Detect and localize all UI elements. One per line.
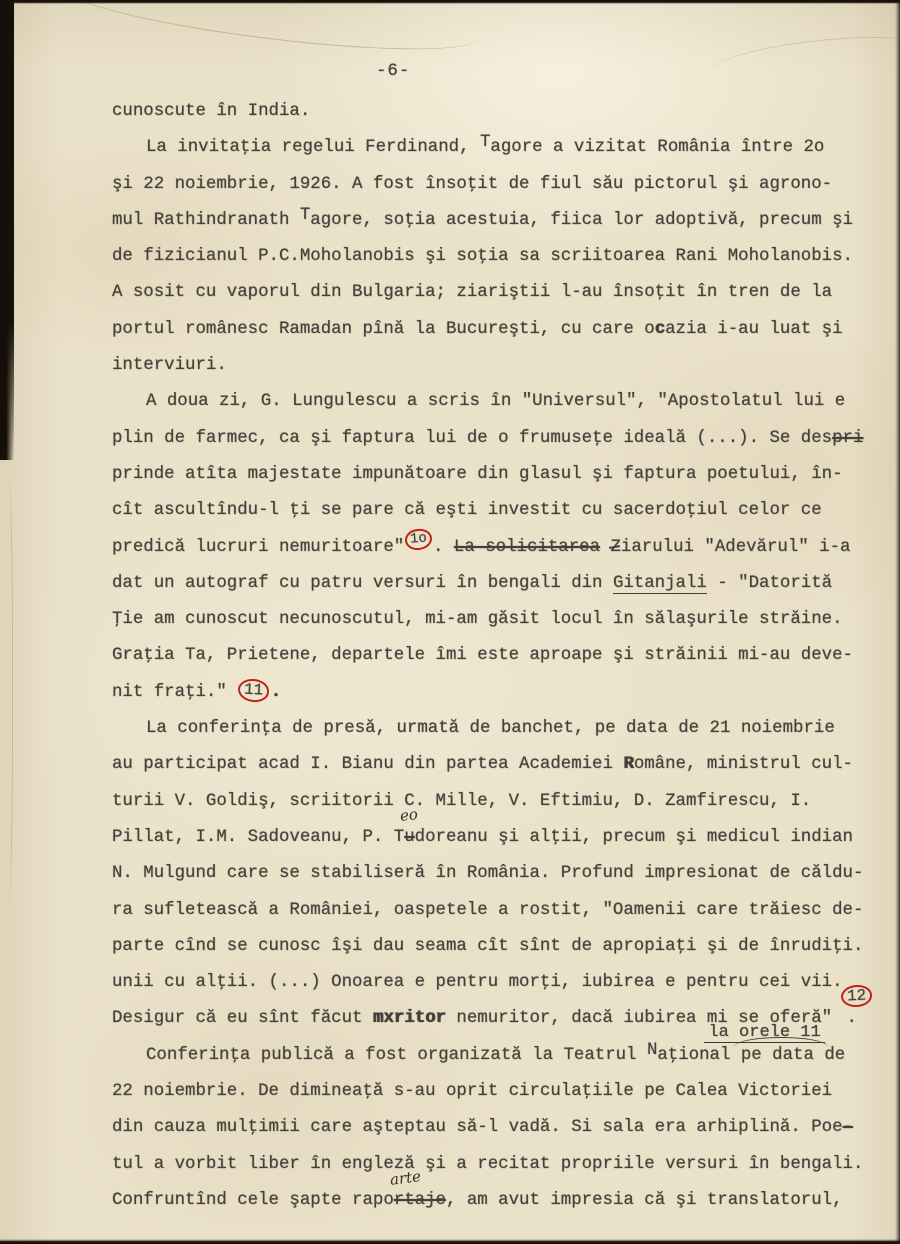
red-circled-footnote-10: 1o (405, 528, 433, 551)
text-segment: iarului "Adevărul" i-a (621, 538, 851, 557)
struck-text: - (843, 1118, 853, 1137)
typed-line-4: mul Rathindranath Tagore, soţia acestuia… (112, 203, 898, 239)
handwritten-correction-eo: eo (399, 807, 419, 824)
typed-line-18: La conferinţa de presă, urmată de banche… (112, 711, 898, 747)
overtyped-text: mxritor (373, 1009, 446, 1028)
text-segment: cunoscute în India. (112, 102, 310, 121)
typed-line-29: din cauza mulţimii care aşteptau să-l va… (112, 1110, 898, 1146)
typed-line-11: prinde atîta majestate impunătoare din g… (112, 457, 898, 493)
typed-line-1: cunoscute în India. (112, 94, 898, 130)
scan-edge-right (895, 0, 900, 1244)
typed-line-5: de fizicianul P.C.Moholanobis şi soţia s… (112, 239, 898, 275)
text-segment: omâne, ministrul cul- (634, 755, 853, 774)
typed-line-15: Ţie am cunoscut necunoscutul, mi-am găsi… (112, 602, 898, 638)
text-segment: - "Datorită (707, 574, 832, 593)
text-segment: au participat acad I. Bianu din partea A… (112, 755, 623, 774)
typed-line-31: Confruntînd cele şapte raportajearte, am… (112, 1183, 898, 1219)
text-segment: ra sufletească a României, oaspetele a r… (112, 901, 863, 920)
text-segment: turii V. Goldiş, scriitorii C. Mille, V.… (112, 792, 811, 811)
text-segment: A sosit cu vaporul din Bulgaria; ziarişt… (112, 283, 832, 302)
typed-line-16: Graţia Ta, Prietene, departele îmi este … (112, 638, 898, 674)
typed-line-24: parte cînd se cunosc îşi dau seama cît s… (112, 929, 898, 965)
text-segment: interviuri. (112, 356, 227, 375)
corrected-text: rtajearte (394, 1183, 446, 1219)
raised-char: T (300, 198, 310, 234)
paper-crease (2, 480, 13, 900)
typed-line-14: dat un autograf cu patru versuri în beng… (112, 566, 898, 602)
typed-line-27: Conferinţa publică a fost organizată la … (112, 1038, 898, 1074)
underlined-title-gitanjali: Gitanjali (613, 574, 707, 594)
text-segment: Graţia Ta, Prietene, departele îmi este … (112, 646, 853, 665)
text-segment: dat un autograf cu patru versuri în beng… (112, 574, 613, 593)
text-segment: cît ascultîndu-l ţi se pare că eşti inve… (112, 501, 822, 520)
text-segment: nit fraţi." (112, 683, 237, 702)
scanned-typewritten-page: -6- cunoscute în India.La invitaţia rege… (0, 0, 900, 1244)
text-segment: tul a vorbit liber în engleză şi a recit… (112, 1155, 863, 1174)
typed-line-20: turii V. Goldiş, scriitorii C. Mille, V.… (112, 784, 898, 820)
paper-crease (58, 0, 481, 64)
text-segment: portul românesc Ramadan pînă la Bucureşt… (112, 320, 655, 339)
typed-line-7: portul românesc Ramadan pînă la Bucureşt… (112, 312, 898, 348)
text-segment: prinde atîta majestate impunătoare din g… (112, 465, 843, 484)
typed-line-3: şi 22 noiembrie, 1926. A fost însoţit de… (112, 167, 898, 203)
struck-text: La solicitarea (454, 538, 600, 557)
text-segment: agore a vizitat România între 2o (490, 138, 824, 157)
typed-line-22: N. Mulgund care se stabiliseră în Români… (112, 856, 898, 892)
text-segment: de fizicianul P.C.Moholanobis şi soţia s… (112, 247, 853, 266)
typed-line-23: ra sufletească a României, oaspetele a r… (112, 893, 898, 929)
text-segment: Pillat, I.M. Sadoveanu, P. T (112, 828, 404, 847)
text-segment: La invitaţia regelui Ferdinand, (146, 138, 480, 157)
red-circled-footnote-12-circle: 12 (840, 985, 872, 1009)
red-circled-footnote-11: 11 (238, 678, 270, 703)
struck-text: u (404, 828, 414, 847)
raised-char: N (647, 1033, 657, 1069)
page-number: -6- (376, 62, 410, 81)
text-segment: Confruntînd cele şapte rapo (112, 1191, 394, 1210)
z-stroke-char: Z (610, 530, 620, 566)
typed-line-25: unii cu alţii. (...) Onoarea e pentru mo… (112, 965, 898, 1001)
text-segment: unii cu alţii. (...) Onoarea e pentru mo… (112, 973, 843, 992)
text-segment: . (433, 538, 454, 557)
typed-line-17: nit fraţi." 11. (112, 675, 898, 711)
overtyped-text: R (623, 755, 633, 774)
typed-line-10: plin de farmec, ca şi faptura lui de o f… (112, 421, 898, 457)
scan-edge-left (0, 0, 14, 460)
corrected-text: ueo (404, 820, 414, 856)
paper-crease (708, 29, 900, 93)
typed-line-28: 22 noiembrie. De dimineaţă s-au oprit ci… (112, 1074, 898, 1110)
text-segment: 22 noiembrie. De dimineaţă s-au oprit ci… (112, 1082, 832, 1101)
typed-line-6: A sosit cu vaporul din Bulgaria; ziarişt… (112, 275, 898, 311)
insertion-target: pe data dela orele 11 (730, 1038, 845, 1074)
text-segment: azia i-au luat şi (665, 320, 842, 339)
typed-line-30: tul a vorbit liber în engleză şi a recit… (112, 1147, 898, 1183)
typed-line-19: au participat acad I. Bianu din partea A… (112, 747, 898, 783)
text-segment: N. Mulgund care se stabiliseră în Români… (112, 864, 863, 883)
text-segment: doreanu şi alţii, precum şi medicul indi… (415, 828, 853, 847)
typed-text-block: cunoscute în India.La invitaţia regelui … (112, 94, 898, 1219)
text-segment: plin de farmec, ca şi faptura lui de o f… (112, 429, 832, 448)
typed-line-21: Pillat, I.M. Sadoveanu, P. Tueodoreanu ş… (112, 820, 898, 856)
text-segment: A doua zi, G. Lungulescu a scris în "Uni… (146, 392, 845, 411)
typed-line-12: cît ascultîndu-l ţi se pare că eşti inve… (112, 493, 898, 529)
text-segment: din cauza mulţimii care aşteptau să-l va… (112, 1118, 843, 1137)
text-segment: agore, soţia acestuia, fiica lor adoptiv… (310, 211, 853, 230)
typed-line-9: A doua zi, G. Lungulescu a scris în "Uni… (112, 384, 898, 420)
raised-char: T (480, 125, 490, 161)
text-segment: . (847, 1009, 857, 1028)
scan-edge-bottom (0, 1239, 900, 1244)
typed-line-2: La invitaţia regelui Ferdinand, Tagore a… (112, 130, 898, 166)
text-segment: Ţie am cunoscut necunoscutul, mi-am găsi… (112, 610, 843, 629)
struck-text: pri (832, 429, 863, 448)
text-segment: mul Rathindranath (112, 211, 300, 230)
text-segment: Desigur că eu sînt făcut (112, 1009, 373, 1028)
text-segment: predică lucruri nemuritoare" (112, 538, 404, 557)
red-circled-footnote-12: 12 (843, 1012, 847, 1022)
text-segment: La conferinţa de presă, urmată de banche… (146, 719, 835, 738)
overtyped-text: c (655, 320, 665, 339)
text-segment: aţional (657, 1046, 730, 1065)
text-segment: şi 22 noiembrie, 1926. A fost însoţit de… (112, 175, 832, 194)
struck-text: rtaje (394, 1191, 446, 1210)
text-segment: Conferinţa publică a fost organizată la … (146, 1046, 647, 1065)
typed-line-8: interviuri. (112, 348, 898, 384)
typed-line-13: predică lucruri nemuritoare"1o. La solic… (112, 530, 898, 566)
overtyped-text: . (270, 683, 280, 702)
scan-edge-top (0, 0, 900, 4)
handwritten-correction-arte: arte (389, 1169, 422, 1188)
text-segment: parte cînd se cunosc îşi dau seama cît s… (112, 937, 863, 956)
text-segment: , am avut impresia că şi translatorul, (446, 1191, 843, 1210)
